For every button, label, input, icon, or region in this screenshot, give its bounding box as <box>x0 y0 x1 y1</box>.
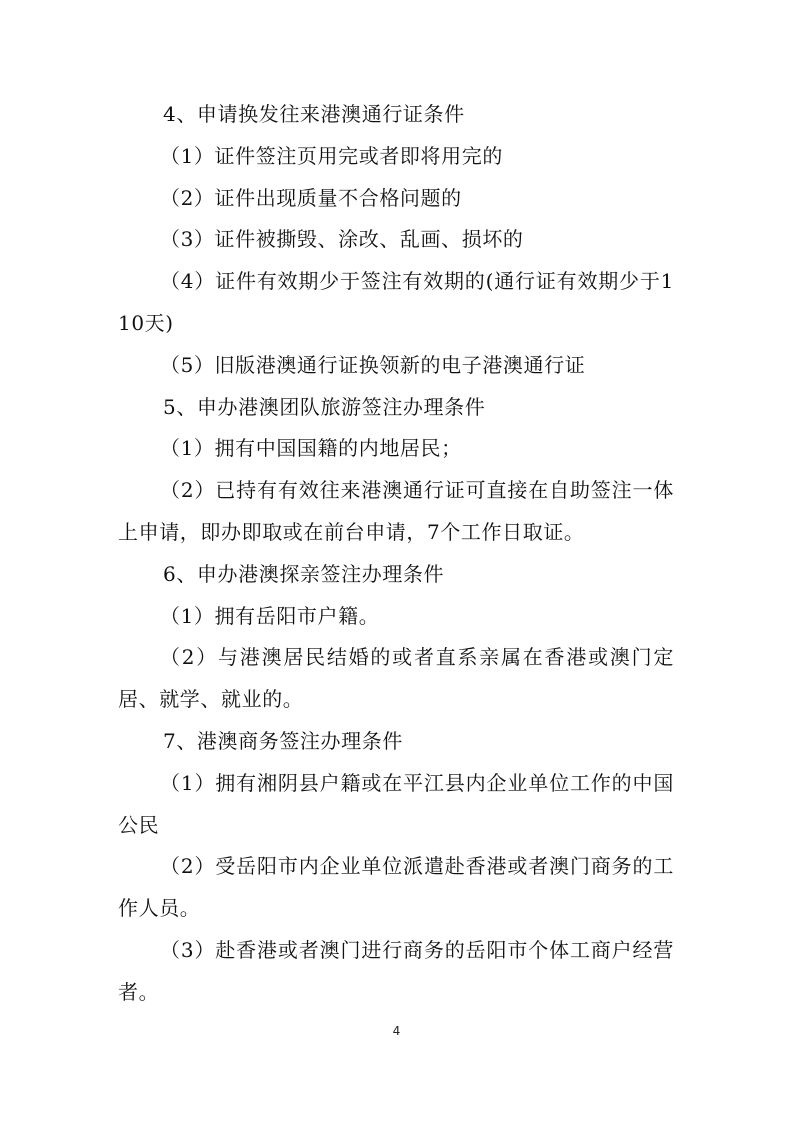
list-item: （2）证件出现质量不合格问题的 <box>118 178 674 220</box>
list-item: （1）证件签注页用完或者即将用完的 <box>118 136 674 178</box>
section-heading-group-tour-endorsement: 5、申办港澳团队旅游签注办理条件 <box>118 387 674 429</box>
document-body: 4、申请换发往来港澳通行证条件 （1）证件签注页用完或者即将用完的 （2）证件出… <box>118 94 674 1014</box>
page-number: 4 <box>0 1024 793 1038</box>
list-item: （2）与港澳居民结婚的或者直系亲属在香港或澳门定居、就学、就业的。 <box>118 637 674 721</box>
list-item: （3）赴香港或者澳门进行商务的岳阳市个体工商户经营者。 <box>118 930 674 1014</box>
list-item: （1）拥有岳阳市户籍。 <box>118 596 674 638</box>
list-item: （4）证件有效期少于签注有效期的(通行证有效期少于110天) <box>118 261 674 345</box>
list-item: （2）受岳阳市内企业单位派遣赴香港或者澳门商务的工作人员。 <box>118 846 674 930</box>
section-heading-family-visit-endorsement: 6、申办港澳探亲签注办理条件 <box>118 554 674 596</box>
section-heading-business-endorsement: 7、港澳商务签注办理条件 <box>118 721 674 763</box>
list-item: （1）拥有湘阴县户籍或在平江县内企业单位工作的中国公民 <box>118 763 674 847</box>
list-item: （2）已持有有效往来港澳通行证可直接在自助签注一体上申请，即办即取或在前台申请，… <box>118 470 674 554</box>
list-item: （5）旧版港澳通行证换领新的电子港澳通行证 <box>118 345 674 387</box>
document-page: 4、申请换发往来港澳通行证条件 （1）证件签注页用完或者即将用完的 （2）证件出… <box>0 0 793 1122</box>
list-item: （1）拥有中国国籍的内地居民； <box>118 428 674 470</box>
section-heading-hk-macau-permit-renewal: 4、申请换发往来港澳通行证条件 <box>118 94 674 136</box>
list-item: （3）证件被撕毁、涂改、乱画、损坏的 <box>118 219 674 261</box>
